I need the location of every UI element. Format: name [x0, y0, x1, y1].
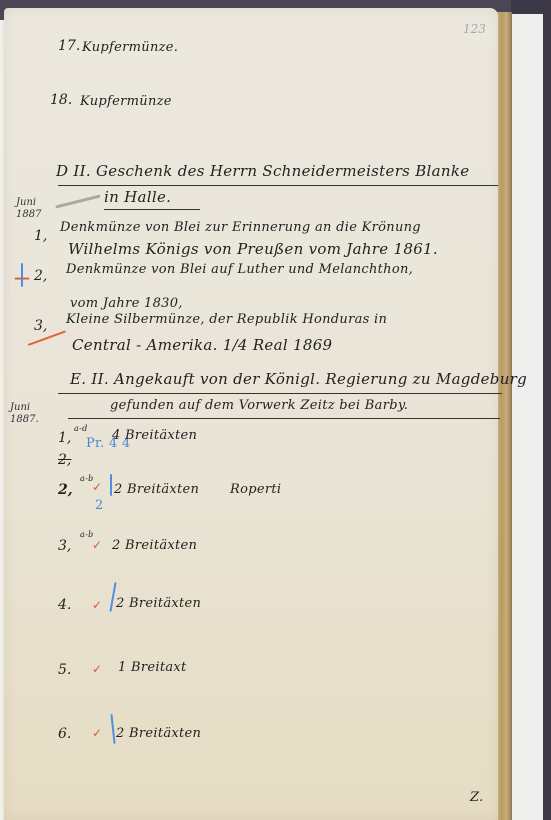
entry-17-number: 17.	[58, 38, 80, 54]
e-item-5-number: 5.	[58, 662, 71, 678]
entry-17-text: Kupfermünze.	[82, 40, 178, 55]
e-item-5-text: 1 Breitaxt	[118, 660, 187, 675]
e-item-2-text: 2 Breitäxten	[114, 482, 199, 497]
e-item-2-blue-note: 2	[95, 498, 103, 513]
entry-18-number: 18.	[50, 92, 72, 108]
section-d-heading: D II. Geschenk des Herrn Schneidermeiste…	[56, 162, 469, 180]
entry-18-text: Kupfermünze	[80, 94, 172, 109]
d-item-1-line2: Wilhelms Königs von Preußen vom Jahre 18…	[68, 240, 438, 258]
section-e-heading: E. II. Angekauft von der Königl. Regieru…	[70, 370, 527, 388]
endpaper	[508, 14, 543, 820]
section-e-heading-line2: gefunden auf dem Vorwerk Zeitz bei Barby…	[110, 398, 408, 413]
e-item-6-text: 2 Breitäxten	[116, 726, 201, 741]
d-item-3-line1: Kleine Silbermünze, der Republik Hondura…	[66, 312, 387, 327]
d-item-2-line2: vom Jahre 1830,	[70, 296, 183, 311]
e-item-1-superscript: a-d	[74, 424, 88, 433]
ledger-page	[4, 8, 498, 820]
e-item-3-number: 3,	[58, 538, 71, 554]
e-item-4-number: 4.	[58, 597, 71, 613]
d-item-3-line2: Central - Amerika. 1/4 Real 1869	[72, 336, 332, 354]
e-item-1-number: 1,	[58, 430, 71, 446]
e-item-2-red-check: ✓	[92, 480, 102, 494]
d-item-1-line1: Denkmünze von Blei zur Erinnerung an die…	[60, 220, 421, 235]
section-e-margin-date: Juni 1887.	[10, 402, 39, 426]
e-item-2-number: 2,	[58, 482, 73, 498]
e-item-1-text: 4 Breitäxten	[112, 428, 197, 443]
e-item-4-red-check: ✓	[92, 598, 102, 612]
page-number: 123	[463, 22, 486, 36]
e-item-2-extra: Roperti	[230, 482, 281, 497]
e-item-3-red-check: ✓	[92, 538, 102, 552]
e-item-6-number: 6.	[58, 726, 71, 742]
blue-cross-mark	[21, 263, 23, 287]
e-struck-number: 2,	[58, 452, 71, 468]
section-d-margin-date: Juni 1887	[16, 197, 41, 221]
d-item-3-number: 3,	[34, 318, 47, 334]
e-item-5-red-check: ✓	[92, 662, 102, 676]
d-item-1-number: 1,	[34, 228, 47, 244]
section-e-underline	[58, 393, 502, 394]
e-item-2-blue-mark	[110, 474, 112, 496]
e-item-4-text: 2 Breitäxten	[116, 596, 201, 611]
footer-mark: Z.	[470, 790, 484, 805]
d-item-2-number: 2,	[34, 268, 47, 284]
section-e-underline-2	[68, 418, 500, 419]
section-d-underline-2	[104, 209, 200, 210]
section-d-underline	[58, 185, 498, 186]
d-item-2-line1: Denkmünze von Blei auf Luther und Melanc…	[66, 262, 413, 277]
e-item-3-text: 2 Breitäxten	[112, 538, 197, 553]
e-item-6-red-check: ✓	[92, 726, 102, 740]
section-d-heading-line2: in Halle.	[104, 188, 171, 206]
